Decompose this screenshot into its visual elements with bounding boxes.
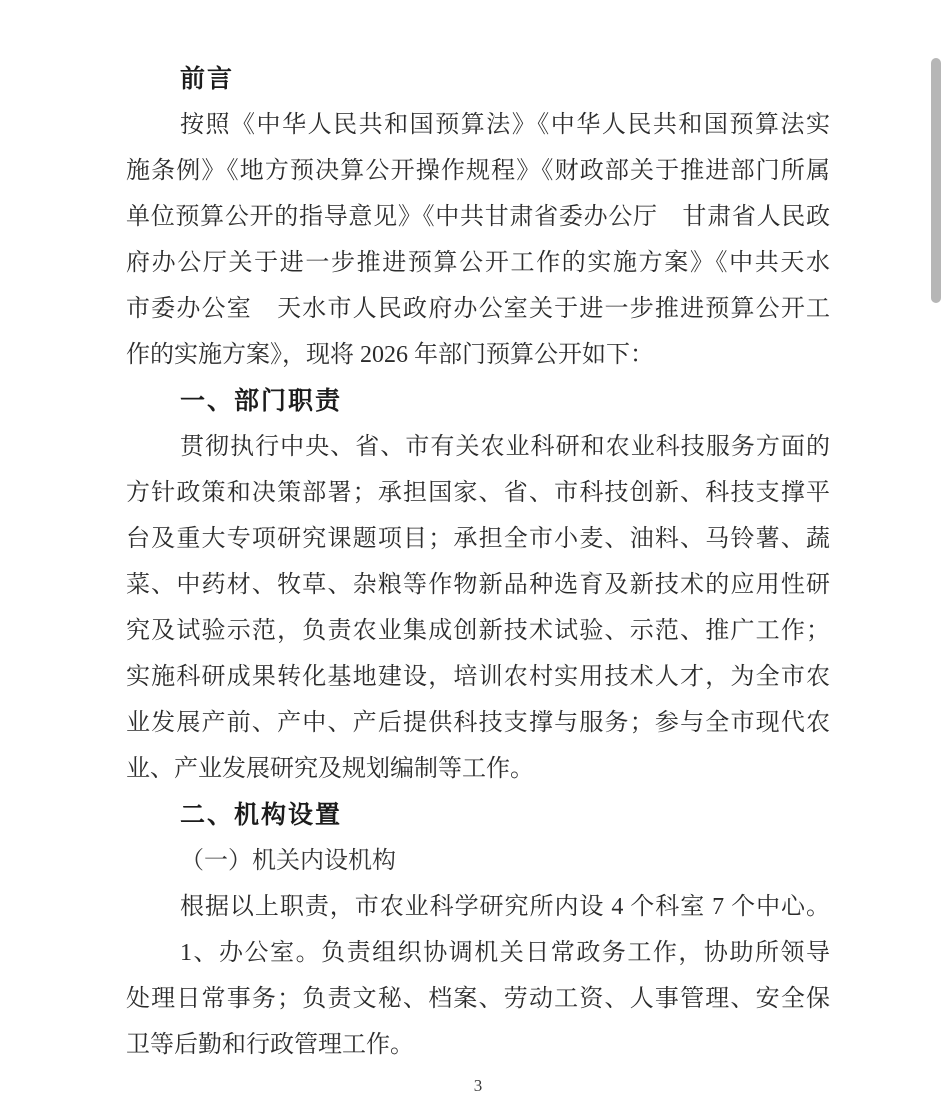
doc-line: 作的实施方案》，现将 2026 年部门预算公开如下： [126, 332, 830, 378]
section-1-heading: 一、部门职责 [126, 378, 830, 424]
section-2-heading: 二、机构设置 [126, 792, 830, 838]
doc-line: 市委办公室 天水市人民政府办公室关于进一步推进预算公开工 [126, 286, 830, 332]
subsection-1-heading: （一）机关内设机构 [126, 838, 830, 884]
doc-line: 卫等后勤和行政管理工作。 [126, 1022, 830, 1068]
document-viewer: { "colors": { "page_background": "#fffff… [0, 0, 950, 1100]
doc-line: 根据以上职责，市农业科学研究所内设 4 个科室 7 个中心。 [126, 884, 830, 930]
doc-line: 处理日常事务；负责文秘、档案、劳动工资、人事管理、安全保 [126, 976, 830, 1022]
doc-line: 府办公厅关于进一步推进预算公开工作的实施方案》《中共天水 [126, 240, 830, 286]
doc-line: 施条例》《地方预决算公开操作规程》《财政部关于推进部门所属 [126, 148, 830, 194]
document-page: 前言 按照《中华人民共和国预算法》《中华人民共和国预算法实 施条例》《地方预决算… [0, 0, 950, 1068]
doc-line: 台及重大专项研究课题项目；承担全市小麦、油料、马铃薯、蔬 [126, 516, 830, 562]
doc-line: 方针政策和决策部署；承担国家、省、市科技创新、科技支撑平 [126, 470, 830, 516]
doc-line: 业、产业发展研究及规划编制等工作。 [126, 746, 830, 792]
doc-line: 1、办公室。负责组织协调机关日常政务工作，协助所领导 [126, 930, 830, 976]
preface-heading: 前言 [126, 56, 830, 102]
doc-line: 实施科研成果转化基地建设，培训农村实用技术人才，为全市农 [126, 654, 830, 700]
doc-line: 业发展产前、产中、产后提供科技支撑与服务；参与全市现代农 [126, 700, 830, 746]
page-number: 3 [126, 1076, 830, 1096]
doc-line: 单位预算公开的指导意见》《中共甘肃省委办公厅 甘肃省人民政 [126, 194, 830, 240]
scrollbar-thumb[interactable] [931, 58, 941, 303]
doc-line: 贯彻执行中央、省、市有关农业科研和农业科技服务方面的 [126, 424, 830, 470]
doc-line: 究及试验示范，负责农业集成创新技术试验、示范、推广工作； [126, 608, 830, 654]
doc-line: 菜、中药材、牧草、杂粮等作物新品种选育及新技术的应用性研 [126, 562, 830, 608]
doc-line: 按照《中华人民共和国预算法》《中华人民共和国预算法实 [126, 102, 830, 148]
